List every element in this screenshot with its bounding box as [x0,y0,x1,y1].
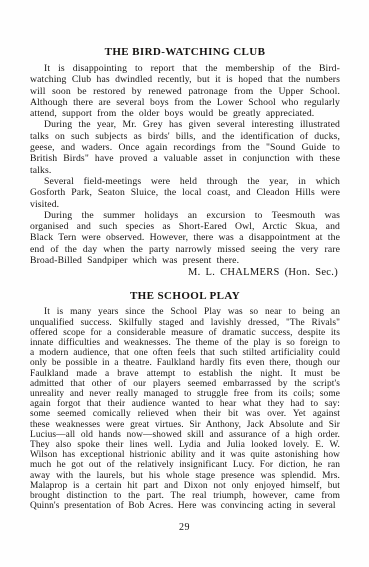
page-number: 29 [0,522,369,533]
bird-watching-paragraph-1: It is disappointing to report that the m… [30,63,340,119]
school-play-paragraph-1: It is many years since the School Play w… [30,307,340,511]
article-school-play: THE SCHOOL PLAY It is many years since t… [30,290,340,511]
article-bird-watching-club: THE BIRD-WATCHING CLUB It is disappointi… [30,46,340,279]
bird-watching-paragraph-3: Several field-meetings were held through… [30,176,340,210]
bird-watching-paragraph-2: During the year, Mr. Grey has given seve… [30,119,340,175]
article-title-bird-watching-club: THE BIRD-WATCHING CLUB [30,46,340,59]
article-title-school-play: THE SCHOOL PLAY [30,290,340,303]
scanned-page: THE BIRD-WATCHING CLUB It is disappointi… [0,0,369,567]
bird-watching-paragraph-4: During the summer holidays an excursion … [30,210,340,266]
honorary-secretary-signature: M. L. CHALMERS (Hon. Sec.) [30,267,338,279]
